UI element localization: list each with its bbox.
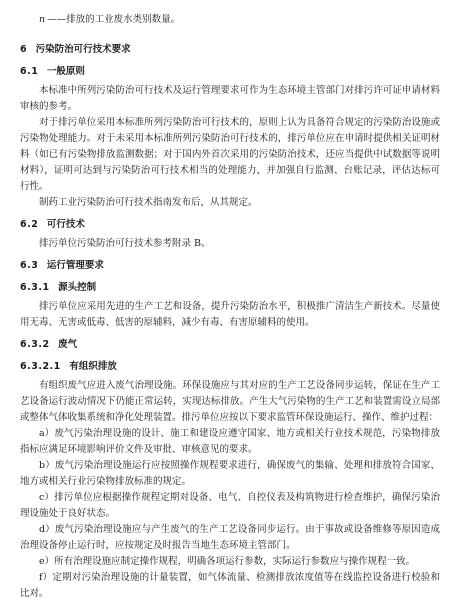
- paragraph-organized-emission: 有组织废气应进入废气治理设施。环保设施应与其对应的生产工艺设备同步运转，保证在生…: [20, 378, 440, 426]
- section-number: 6.1: [20, 66, 38, 77]
- requirement-item-d: d）废气污染治理设施应与产生废气的生产工艺设备同步运行。由于事故或设备维修等原因…: [20, 522, 440, 554]
- section-title: 可行技术: [47, 219, 85, 230]
- paragraph-general-3: 制药工业污染防治可行技术指南发布后，从其规定。: [20, 195, 440, 211]
- paragraph-feasible-tech: 排污单位污染防治可行技术参考附录 B。: [20, 236, 440, 252]
- section-title: 废气: [58, 339, 77, 350]
- term-definition-line: n——排放的工业废水类别数量。: [20, 12, 440, 28]
- section-number: 6.3.2.1: [20, 361, 61, 372]
- section-heading-6-1: 6.1一般原则: [20, 64, 440, 80]
- section-title: 源头控制: [58, 282, 96, 293]
- requirement-item-a: a）废气污染治理设施的设计、施工和建设应遵守国家、地方或相关行业技术规范，污染物…: [20, 426, 440, 458]
- section-number: 6.2: [20, 219, 38, 230]
- section-title: 运行管理要求: [47, 260, 104, 271]
- document-page: n——排放的工业废水类别数量。 6污染防治可行技术要求 6.1一般原则 本标准中…: [0, 0, 452, 606]
- section-number: 6.3.1: [20, 282, 50, 293]
- paragraph-source-control: 排污单位应采用先进的生产工艺和设备，提升污染防治水平，积极推广清洁生产新技术。尽…: [20, 299, 440, 331]
- section-heading-6-3: 6.3运行管理要求: [20, 258, 440, 274]
- section-title: 一般原则: [47, 66, 85, 77]
- paragraph-general-1: 本标准中所列污染防治可行技术及运行管理要求可作为生态环境主管部门对排污许可证申请…: [20, 83, 440, 115]
- section-title: 污染防治可行技术要求: [36, 44, 131, 55]
- requirement-item-c: c）排污单位应根据操作规程定期对设备、电气、自控仪表及构筑物进行检查维护，确保污…: [20, 490, 440, 522]
- section-heading-6-3-2: 6.3.2废气: [20, 337, 440, 353]
- section-heading-6-3-2-1: 6.3.2.1有组织排放: [20, 359, 440, 375]
- requirement-item-e: e）所有治理设施应制定操作规程，明确各项运行参数，实际运行参数应与操作规程一致。: [20, 554, 440, 570]
- term-definition-text: ——排放的工业废水类别数量。: [47, 14, 180, 25]
- section-heading-6: 6污染防治可行技术要求: [20, 42, 440, 58]
- section-number: 6.3.2: [20, 339, 50, 350]
- section-number: 6: [20, 44, 27, 55]
- section-title: 有组织排放: [69, 361, 117, 372]
- requirement-item-f: f）定期对污染治理设施的计量装置，如气体流量、检测排放浓度值等在线监控设备进行校…: [20, 570, 440, 602]
- section-number: 6.3: [20, 260, 38, 271]
- section-heading-6-3-1: 6.3.1源头控制: [20, 280, 440, 296]
- term-symbol: n: [39, 14, 47, 25]
- paragraph-general-2: 对于排污单位采用本标准所列污染防治可行技术的，原则上认为具备符合规定的污染防治设…: [20, 115, 440, 195]
- section-heading-6-2: 6.2可行技术: [20, 217, 440, 233]
- requirement-item-b: b）废气污染治理设施运行应按照操作规程要求进行，确保废气的集输、处理和排放符合国…: [20, 458, 440, 490]
